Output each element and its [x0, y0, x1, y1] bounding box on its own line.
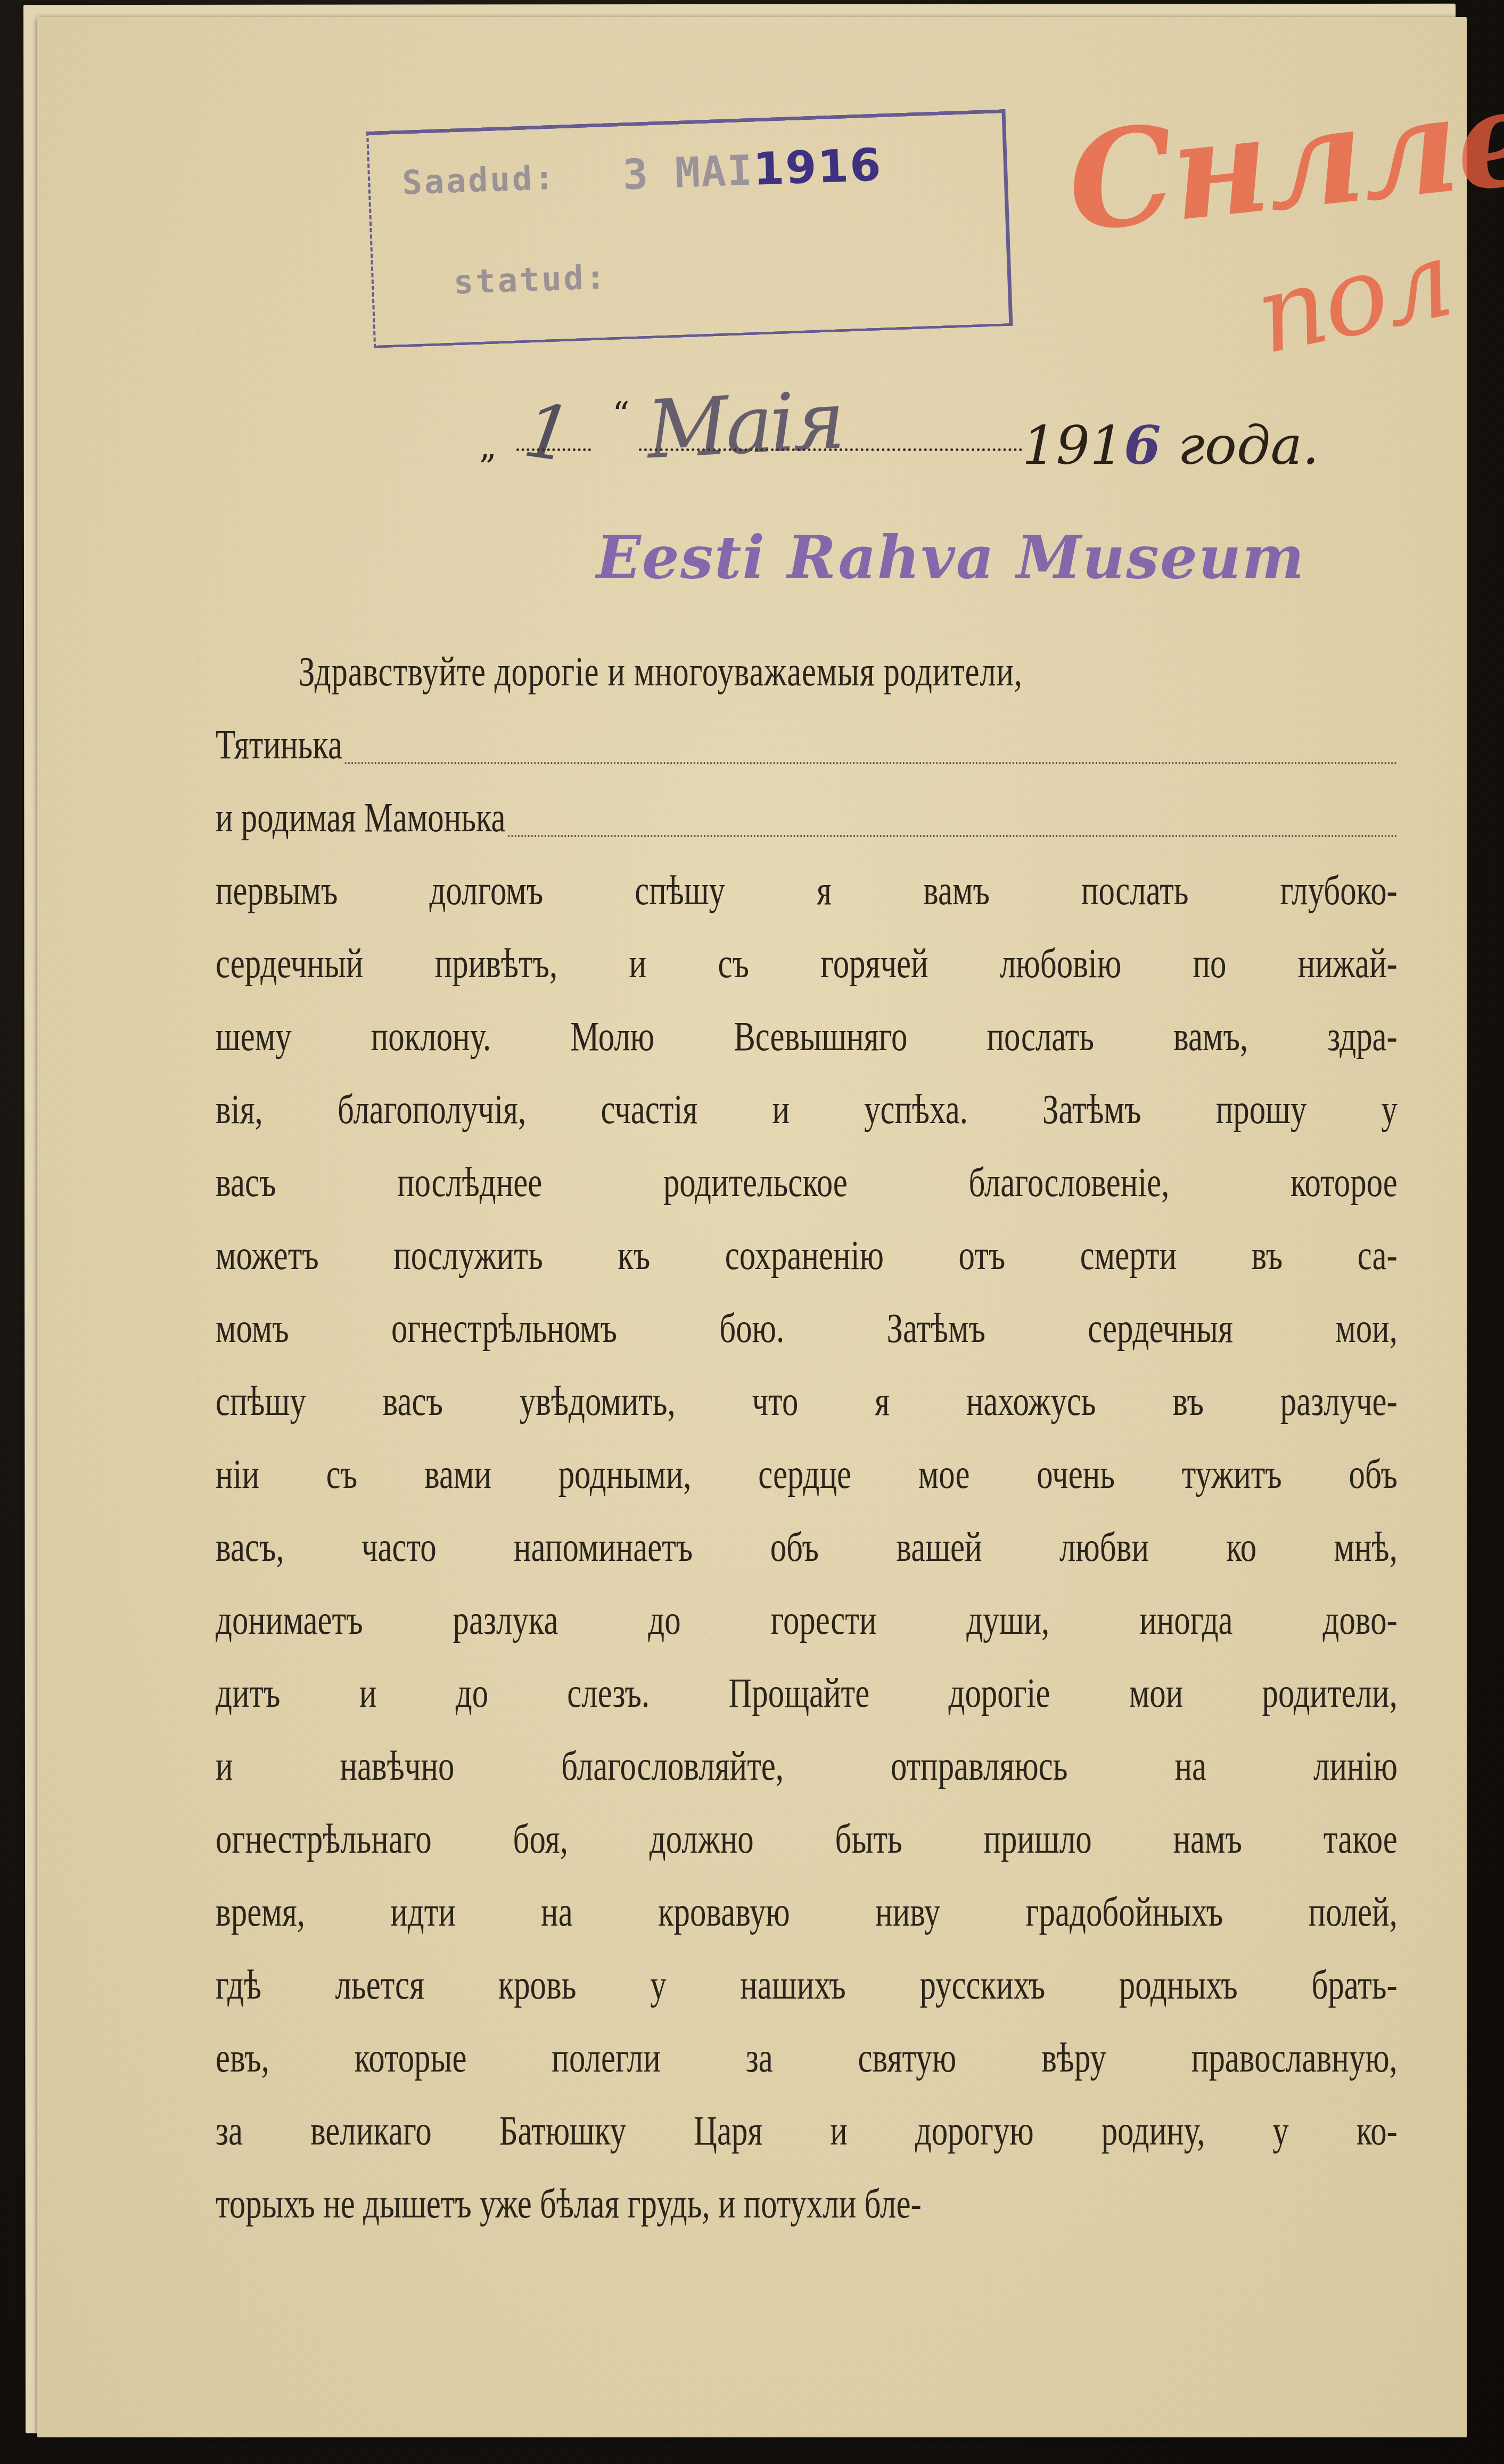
- body-line: ніисъвамиродными,сердцемоеоченьтужитъобъ: [216, 1437, 1398, 1510]
- body-word: кровавую: [658, 1875, 790, 1948]
- body-word: Затѣмъ: [1042, 1073, 1141, 1145]
- body-word: благословеніе,: [968, 1145, 1169, 1218]
- body-word: что: [752, 1364, 798, 1437]
- body-word: огнестрѣльнаго: [216, 1802, 432, 1875]
- receipt-stamp: Saadud: 3 MAI1916 statud:: [366, 109, 1013, 348]
- body-word: дорогіе: [948, 1656, 1050, 1729]
- body-word: горести: [771, 1583, 877, 1656]
- body-word: сердечный: [216, 927, 363, 1000]
- body-line: инавѣчноблагословляйте,отправляюсьналині…: [216, 1729, 1398, 1802]
- body-word: вами: [424, 1437, 491, 1510]
- body-word: бою.: [719, 1291, 784, 1364]
- body-word: мнѣ,: [1334, 1510, 1398, 1583]
- addressee-mother-row: и родимая Мамонька: [216, 781, 1398, 854]
- body-word: мое: [918, 1437, 970, 1510]
- father-name-fill-line: [345, 725, 1398, 764]
- body-word: дитъ: [216, 1656, 281, 1729]
- body-word: счастія: [601, 1073, 697, 1145]
- body-word: идти: [390, 1875, 456, 1948]
- body-word: здра-: [1327, 1000, 1398, 1073]
- stamp-received-label: Saadud:: [401, 158, 557, 202]
- body-word: спѣшу: [216, 1364, 306, 1437]
- body-word: иногда: [1139, 1583, 1232, 1656]
- body-word: са-: [1358, 1218, 1398, 1291]
- body-word: объ: [1349, 1437, 1398, 1510]
- handwritten-month: Маія: [645, 374, 844, 477]
- date-line: „ 1 “ Маія 1916 года.: [463, 384, 1315, 475]
- day-fill-line: [516, 448, 591, 451]
- body-word: огнестрѣльномъ: [391, 1291, 617, 1364]
- year-suffix: года.: [1161, 414, 1319, 477]
- body-word: родину,: [1102, 2094, 1205, 2167]
- body-word: спѣшу: [635, 854, 725, 927]
- body-word: послать: [987, 1000, 1094, 1073]
- body-word: русскихъ: [919, 1948, 1045, 2021]
- body-word: до: [456, 1656, 488, 1729]
- body-word: увѣдомить,: [520, 1364, 676, 1437]
- body-word: евъ,: [216, 2021, 269, 2094]
- body-line: дитъидослезъ.Прощайтедорогіемоиродители,: [216, 1656, 1398, 1729]
- body-word: навѣчно: [340, 1729, 455, 1802]
- body-word: отъ: [959, 1218, 1006, 1291]
- letter-body-lines: первымъдолгомъспѣшуявамъпослатьглубоко- …: [216, 854, 1398, 2240]
- body-word: такое: [1324, 1802, 1398, 1875]
- body-word: у: [650, 1948, 666, 2021]
- body-word: Батюшку: [499, 2094, 626, 2167]
- body-word: брать-: [1311, 1948, 1397, 2021]
- body-word: послать: [1081, 854, 1189, 927]
- body-word: отправляюсь: [891, 1729, 1068, 1802]
- body-word: первымъ: [216, 854, 338, 927]
- body-word: и: [830, 2094, 848, 2167]
- body-word: васъ,: [216, 1510, 284, 1583]
- body-word: на: [541, 1875, 573, 1948]
- month-fill-line: [639, 448, 1022, 451]
- body-word: родными,: [558, 1437, 692, 1510]
- body-word: въ: [1252, 1218, 1283, 1291]
- body-word: очень: [1037, 1437, 1115, 1510]
- body-word: дово-: [1322, 1583, 1397, 1656]
- body-word: съ: [326, 1437, 357, 1510]
- body-word: дорогую: [915, 2094, 1034, 2167]
- body-line: васъ,частонапоминаетъобъвашейлюбвикомнѣ,: [216, 1510, 1398, 1583]
- body-line: донимаетъразлукадогорестидуши,иногдадово…: [216, 1583, 1398, 1656]
- body-word: градобойныхъ: [1026, 1875, 1223, 1948]
- body-word: Всевышняго: [734, 1000, 907, 1073]
- body-word: Молю: [570, 1000, 654, 1073]
- body-word: намъ: [1173, 1802, 1243, 1875]
- body-word: святую: [858, 2021, 957, 2094]
- body-line: первымъдолгомъспѣшуявамъпослатьглубоко-: [216, 854, 1398, 927]
- body-word: вія,: [216, 1073, 263, 1145]
- body-word: гдѣ: [216, 1948, 261, 2021]
- letter-body: Здравствуйте дорогіе и многоуважаемыя ро…: [216, 635, 1138, 2240]
- body-word: сердечныя: [1088, 1291, 1233, 1364]
- body-word: я: [817, 854, 832, 927]
- handwritten-day: 1: [519, 387, 578, 480]
- body-word: смерти: [1080, 1218, 1177, 1291]
- body-word: донимаетъ: [216, 1583, 363, 1656]
- body-word: за: [216, 2094, 243, 2167]
- body-word: разлука: [453, 1583, 558, 1656]
- body-word: пришло: [984, 1802, 1092, 1875]
- body-word: съ: [718, 927, 749, 1000]
- body-word: ко: [1226, 1510, 1256, 1583]
- body-word: за: [746, 2021, 773, 2094]
- body-word: души,: [966, 1583, 1049, 1656]
- body-word: шему: [216, 1000, 292, 1073]
- body-word: время,: [216, 1875, 305, 1948]
- body-word: успѣха.: [864, 1073, 968, 1145]
- body-word: на: [1175, 1729, 1207, 1802]
- body-word: по: [1193, 927, 1227, 1000]
- body-word: слезъ.: [567, 1656, 650, 1729]
- body-word: до: [648, 1583, 680, 1656]
- body-line: гдѣльетсякровьунашихърусскихъродныхъбрат…: [216, 1948, 1398, 2021]
- body-word: васъ: [216, 1145, 276, 1218]
- body-word: долгомъ: [430, 854, 544, 927]
- body-word: ніи: [216, 1437, 259, 1510]
- body-word: ниву: [875, 1875, 940, 1948]
- stamp-date-day-month: 3 MAI: [622, 147, 754, 199]
- body-word: прошу: [1216, 1073, 1307, 1145]
- body-word: поклону.: [371, 1000, 491, 1073]
- body-word: горячей: [820, 927, 928, 1000]
- body-word: быть: [835, 1802, 902, 1875]
- body-word: момъ: [216, 1291, 289, 1364]
- body-word: послужить: [393, 1218, 543, 1291]
- body-word: нашихъ: [740, 1948, 846, 2021]
- addressee-father: Тятинька: [216, 708, 342, 781]
- body-word: у: [1381, 1073, 1397, 1145]
- body-word: и: [629, 927, 647, 1000]
- body-word: полегли: [552, 2021, 660, 2094]
- body-line: завеликагоБатюшкуЦаряидорогуюродину,уко-: [216, 2094, 1398, 2167]
- body-word: къ: [618, 1218, 650, 1291]
- body-word: вашей: [896, 1510, 982, 1583]
- body-line: торыхъ не дышетъ уже бѣлая грудь, и поту…: [216, 2167, 1398, 2240]
- body-word: въ: [1172, 1364, 1204, 1437]
- body-word: должно: [650, 1802, 754, 1875]
- body-word: васъ: [383, 1364, 443, 1437]
- body-word: я: [875, 1364, 890, 1437]
- body-line: время,идтинакровавуюнивуградобойныхъполе…: [216, 1875, 1398, 1948]
- body-word: у: [1272, 2094, 1288, 2167]
- museum-stamp: Eesti Rahva Museum: [596, 523, 1305, 592]
- body-word: благополучія,: [338, 1073, 526, 1145]
- body-word: вамъ,: [1173, 1000, 1248, 1073]
- body-word: полей,: [1309, 1875, 1398, 1948]
- body-word: разлуче-: [1280, 1364, 1398, 1437]
- body-word: православную,: [1191, 2021, 1398, 2094]
- body-line: огнестрѣльнагобоя,должнобытьпришлонамъта…: [216, 1802, 1398, 1875]
- addressee-mother: и родимая Мамонька: [216, 781, 506, 854]
- body-word: напоминаетъ: [514, 1510, 693, 1583]
- body-line: евъ,которыеполеглизасвятуювѣруправославн…: [216, 2021, 1398, 2094]
- body-word: великаго: [310, 2094, 432, 2167]
- body-line: шемупоклону.МолюВсевышнягопослатьвамъ,зд…: [216, 1000, 1398, 1073]
- body-line: можетъпослужитькъсохраненіюотъсмертивъса…: [216, 1218, 1398, 1291]
- body-line: момъогнестрѣльномъбою.Затѣмъсердечныямои…: [216, 1291, 1398, 1364]
- body-word: ко-: [1357, 2094, 1398, 2167]
- body-word: вѣру: [1041, 2021, 1106, 2094]
- body-word: сохраненію: [725, 1218, 884, 1291]
- year-handwritten-digit: 6: [1124, 414, 1161, 477]
- body-word: можетъ: [216, 1218, 319, 1291]
- body-word: Царя: [694, 2094, 762, 2167]
- body-word: боя,: [513, 1802, 568, 1875]
- body-word: послѣднее: [397, 1145, 542, 1218]
- body-word: родныхъ: [1119, 1948, 1238, 2021]
- date-close-quote: “: [612, 395, 630, 435]
- body-word: линію: [1313, 1729, 1398, 1802]
- body-word: сердце: [758, 1437, 851, 1510]
- body-word: благословляйте,: [561, 1729, 784, 1802]
- body-word: и: [216, 1729, 233, 1802]
- body-line: сердечныйпривѣтъ,исъгорячейлюбовіюпонижа…: [216, 927, 1398, 1000]
- body-word: Затѣмъ: [886, 1291, 985, 1364]
- stamp-answered-label: statud:: [453, 257, 609, 301]
- stamp-date-year: 1916: [752, 138, 883, 195]
- addressee-father-row: Тятинька: [216, 708, 1398, 781]
- body-word: нахожусь: [966, 1364, 1096, 1437]
- body-word: родители,: [1262, 1656, 1398, 1729]
- body-word: тужитъ: [1182, 1437, 1282, 1510]
- year-printed-digits: 191: [1022, 414, 1124, 477]
- letter-greeting: Здравствуйте дорогіе и многоуважаемыя ро…: [216, 635, 1398, 708]
- body-word: которые: [355, 2021, 467, 2094]
- letter-page: Saadud: 3 MAI1916 statud: Снлле пол „ 1 …: [37, 17, 1467, 2437]
- stamp-date: 3 MAI1916: [622, 138, 883, 200]
- body-line: спѣшувасъувѣдомить,чтоянахожусьвъразлуче…: [216, 1364, 1398, 1437]
- body-line: вія,благополучія,счастіяиуспѣха.Затѣмъпр…: [216, 1073, 1398, 1145]
- date-open-quote: „: [479, 427, 497, 466]
- body-word: Прощайте: [728, 1656, 869, 1729]
- body-word: кровь: [498, 1948, 577, 2021]
- body-word: мои: [1129, 1656, 1183, 1729]
- red-pencil-annotation-line2: пол: [1246, 217, 1461, 379]
- body-word: которое: [1291, 1145, 1398, 1218]
- body-word: привѣтъ,: [435, 927, 558, 1000]
- body-word: вамъ: [923, 854, 990, 927]
- body-word: льется: [335, 1948, 424, 2021]
- body-word: и: [359, 1656, 377, 1729]
- body-line: васъпослѣднееродительскоеблагословеніе,к…: [216, 1145, 1398, 1218]
- body-word: нижай-: [1298, 927, 1398, 1000]
- body-word: объ: [770, 1510, 819, 1583]
- body-word: мои,: [1335, 1291, 1398, 1364]
- mother-name-fill-line: [508, 798, 1398, 837]
- body-word: любовію: [1000, 927, 1121, 1000]
- body-word: любви: [1059, 1510, 1149, 1583]
- printed-year: 1916 года.: [1022, 414, 1319, 477]
- body-word: глубоко-: [1280, 854, 1397, 927]
- body-word: и: [772, 1073, 790, 1145]
- body-word: часто: [361, 1510, 437, 1583]
- body-word: родительское: [663, 1145, 848, 1218]
